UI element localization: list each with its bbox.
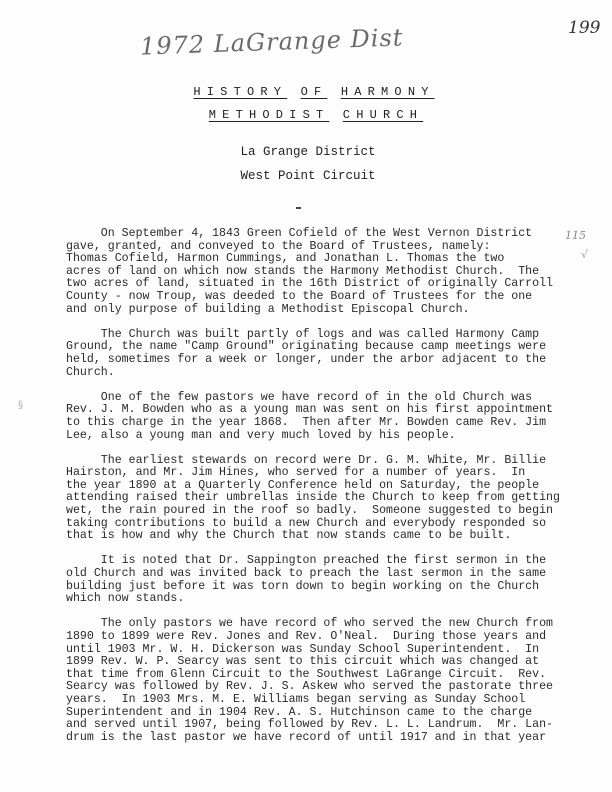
paragraph: On September 4, 1843 Green Cofield of th… xyxy=(66,228,552,316)
check-mark-icon: √ xyxy=(581,248,588,261)
document-body: On September 4, 1843 Green Cofield of th… xyxy=(66,228,552,757)
circuit-subtitle: West Point Circuit xyxy=(2,169,612,183)
text-line: which now stands. xyxy=(66,593,552,606)
text-line: and served until 1907, being followed by… xyxy=(66,719,552,732)
title-word: HISTORY xyxy=(193,85,287,99)
text-line: 1899 Rev. W. P. Searcy was sent to this … xyxy=(66,656,552,669)
text-line: Church. xyxy=(66,367,552,380)
title-word: HARMONY xyxy=(341,85,435,99)
text-line: to this charge in the year 1868. Then af… xyxy=(66,417,552,430)
handwritten-header-note: 1972 LaGrange Dist xyxy=(140,23,404,60)
text-line: old Church and was invited back to preac… xyxy=(66,568,552,581)
text-line: County - now Troup, was deeded to the Bo… xyxy=(66,291,552,304)
paragraph: It is noted that Dr. Sappington preached… xyxy=(66,555,552,605)
handwritten-margin-note: 115 xyxy=(565,229,586,242)
document-title-line-2: METHODIST CHURCH xyxy=(10,108,612,122)
text-line: Lee, also a young man and very much love… xyxy=(66,430,552,443)
text-line: On September 4, 1843 Green Cofield of th… xyxy=(66,228,552,241)
text-line: Hairston, and Mr. Jim Hines, who served … xyxy=(66,467,552,480)
text-line: held, sometimes for a week or longer, un… xyxy=(66,354,552,367)
text-line: wet, the rain poured in the roof so badl… xyxy=(66,505,552,518)
paragraph: The Church was built partly of logs and … xyxy=(66,329,552,379)
text-line: years. In 1903 Mrs. M. E. Williams began… xyxy=(66,694,552,707)
paragraph: The earliest stewards on record were Dr.… xyxy=(66,455,552,543)
district-subtitle: La Grange District xyxy=(2,145,612,159)
text-line: that is how and why the Church that now … xyxy=(66,530,552,543)
text-line: and only purpose of building a Methodist… xyxy=(66,304,552,317)
title-word: CHURCH xyxy=(343,108,423,122)
text-line: 1890 to 1899 were Rev. Jones and Rev. O'… xyxy=(66,631,552,644)
title-word: OF xyxy=(301,85,328,99)
text-line: drum is the last pastor we have record o… xyxy=(66,732,552,745)
paragraph: The only pastors we have record of who s… xyxy=(66,618,552,744)
separator-mark xyxy=(296,207,301,209)
text-line: Thomas Cofield, Harmon Cummings, and Jon… xyxy=(66,253,552,266)
section-mark-icon: § xyxy=(18,400,23,411)
document-title-line-1: HISTORY OF HARMONY xyxy=(8,85,612,99)
title-word: METHODIST xyxy=(209,108,330,122)
paragraph: One of the few pastors we have record of… xyxy=(66,392,552,442)
document-page: 1972 LaGrange Dist 199 115 √ § HISTORY O… xyxy=(0,0,612,792)
handwritten-page-number: 199 xyxy=(568,18,600,38)
